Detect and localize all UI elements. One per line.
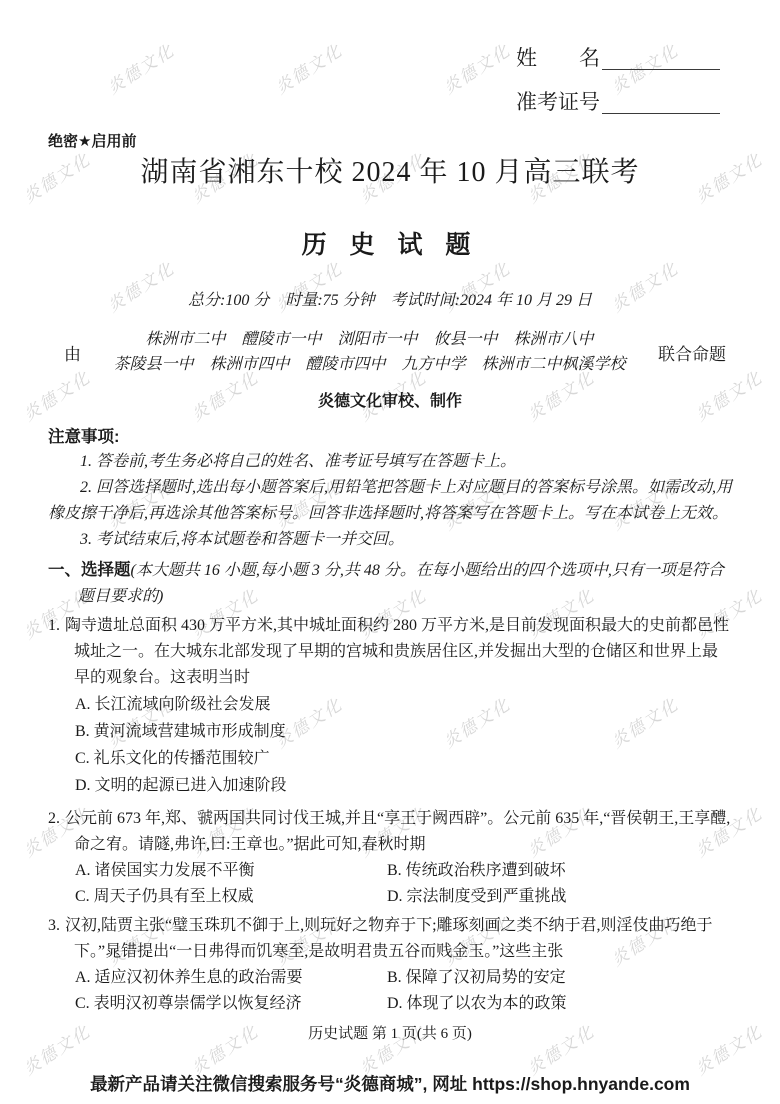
question-3-option-c: C. 表明汉初尊崇儒学以恢复经济 (75, 991, 387, 1017)
page-content: 姓 名 准考证号 绝密★启用前 湖南省湘东十校 2024 年 10 月高三联考 … (0, 0, 780, 1045)
schools-line-2: 茶陵县一中 株洲市四中 醴陵市四中 九方中学 株洲市二中枫溪学校 (81, 352, 658, 377)
name-blank-line (602, 45, 720, 70)
name-row: 姓 名 (516, 42, 720, 70)
question-1-number: 1. (48, 617, 60, 634)
question-2-option-d: D. 宗法制度受到严重挑战 (387, 884, 567, 910)
notice-block: 注意事项: 1. 答卷前,考生务必将自己的姓名、准考证号填写在答题卡上。 2. … (48, 425, 732, 553)
question-2-option-b: B. 传统政治秩序遭到破坏 (387, 858, 566, 884)
question-3-number: 3. (48, 917, 60, 934)
question-1-stem: 1.陶寺遗址总面积 430 万平方米,其中城址面积约 280 万平方米,是目前发… (48, 613, 732, 691)
question-3-stem: 3.汉初,陆贾主张“璧玉珠玑不御于上,则玩好之物弃于下;雕琢刻画之类不纳于君,则… (48, 913, 732, 965)
question-2-stem: 2.公元前 673 年,郑、虢两国共同讨伐王城,并且“享王于阙西辟”。公元前 6… (48, 806, 732, 858)
notice-title: 注意事项: (48, 425, 732, 449)
question-2-options-row-2: C. 周天子仍具有至上权威 D. 宗法制度受到严重挑战 (75, 884, 732, 910)
schools-line-1: 株洲市二中 醴陵市一中 浏阳市一中 攸县一中 株洲市八中 (81, 327, 658, 352)
question-1-option-a: A. 长江流域向阶级社会发展 (75, 691, 732, 718)
question-2-options-row-1: A. 诸侯国实力发展不平衡 B. 传统政治秩序遭到破坏 (75, 858, 732, 884)
ticket-blank-line (602, 89, 720, 114)
question-3-options-row-1: A. 适应汉初休养生息的政治需要 B. 保障了汉初局势的安定 (75, 965, 732, 991)
question-1-options: A. 长江流域向阶级社会发展 B. 黄河流域营建城市形成制度 C. 礼乐文化的传… (75, 691, 732, 799)
question-1-text: 陶寺遗址总面积 430 万平方米,其中城址面积约 280 万平方米,是目前发现面… (65, 617, 729, 686)
question-2-option-c: C. 周天子仍具有至上权威 (75, 884, 387, 910)
question-2-text: 公元前 673 年,郑、虢两国共同讨伐王城,并且“享王于阙西辟”。公元前 635… (65, 810, 730, 853)
by-label: 由 (64, 340, 81, 365)
question-2-options: A. 诸侯国实力发展不平衡 B. 传统政治秩序遭到破坏 C. 周天子仍具有至上权… (75, 858, 732, 910)
joint-proposition-label: 联合命题 (658, 340, 726, 365)
page-number-footer: 历史试题 第 1 页(共 6 页) (48, 1023, 732, 1045)
question-1: 1.陶寺遗址总面积 430 万平方米,其中城址面积约 280 万平方米,是目前发… (48, 613, 732, 799)
promo-footer: 最新产品请关注微信搜索服务号“炎德商城”, 网址 https://shop.hn… (0, 1072, 780, 1096)
name-label: 姓 名 (516, 46, 600, 70)
notice-item-1: 1. 答卷前,考生务必将自己的姓名、准考证号填写在答题卡上。 (48, 449, 732, 475)
producer-line: 炎德文化审校、制作 (48, 391, 732, 413)
proposing-schools-block: 由 株洲市二中 醴陵市一中 浏阳市一中 攸县一中 株洲市八中 茶陵县一中 株洲市… (48, 327, 732, 377)
subject-title: 历 史 试 题 (48, 229, 732, 261)
secrecy-notice: 绝密★启用前 (48, 130, 732, 151)
question-1-option-b: B. 黄河流域营建城市形成制度 (75, 718, 732, 745)
question-3-option-b: B. 保障了汉初局势的安定 (387, 965, 566, 991)
question-2: 2.公元前 673 年,郑、虢两国共同讨伐王城,并且“享王于阙西辟”。公元前 6… (48, 806, 732, 910)
notice-item-3: 3. 考试结束后,将本试题卷和答题卡一并交回。 (48, 527, 732, 553)
exam-meta: 总分:100 分 时量:75 分钟 考试时间:2024 年 10 月 29 日 (48, 289, 732, 313)
section-heading: 一、选择题(本大题共 16 小题,每小题 3 分,共 48 分。在每小题给出的四… (48, 557, 732, 610)
question-3-option-d: D. 体现了以农为本的政策 (387, 991, 567, 1017)
ticket-number-label: 准考证号 (516, 90, 600, 114)
question-2-number: 2. (48, 810, 60, 827)
section-label: 一、选择题 (48, 561, 131, 579)
exam-paper-page: 炎德文化炎德文化炎德文化炎德文化炎德文化炎德文化炎德文化炎德文化炎德文化炎德文化… (0, 0, 780, 1104)
schools-list: 株洲市二中 醴陵市一中 浏阳市一中 攸县一中 株洲市八中 茶陵县一中 株洲市四中… (81, 327, 658, 377)
question-1-option-d: D. 文明的起源已进入加速阶段 (75, 772, 732, 799)
question-3: 3.汉初,陆贾主张“璧玉珠玑不御于上,则玩好之物弃于下;雕琢刻画之类不纳于君,则… (48, 913, 732, 1017)
question-3-text: 汉初,陆贾主张“璧玉珠玑不御于上,则玩好之物弃于下;雕琢刻画之类不纳于君,则淫伎… (65, 917, 713, 960)
candidate-info-block: 姓 名 准考证号 (516, 42, 720, 114)
notice-item-2: 2. 回答选择题时,选出每小题答案后,用铅笔把答题卡上对应题目的答案标号涂黑。如… (48, 475, 732, 527)
question-2-option-a: A. 诸侯国实力发展不平衡 (75, 858, 387, 884)
question-1-option-c: C. 礼乐文化的传播范围较广 (75, 745, 732, 772)
question-3-options: A. 适应汉初休养生息的政治需要 B. 保障了汉初局势的安定 C. 表明汉初尊崇… (75, 965, 732, 1017)
exam-title: 湖南省湘东十校 2024 年 10 月高三联考 (48, 155, 732, 191)
section-description: (本大题共 16 小题,每小题 3 分,共 48 分。在每小题给出的四个选项中,… (78, 562, 724, 605)
question-3-option-a: A. 适应汉初休养生息的政治需要 (75, 965, 387, 991)
question-3-options-row-2: C. 表明汉初尊崇儒学以恢复经济 D. 体现了以农为本的政策 (75, 991, 732, 1017)
ticket-row: 准考证号 (516, 86, 720, 114)
